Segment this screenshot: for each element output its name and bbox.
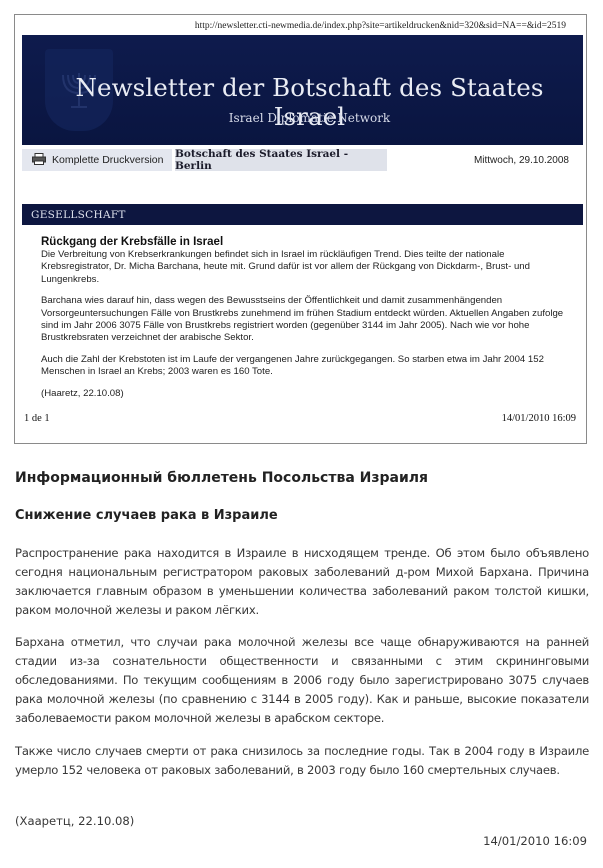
scanned-newsletter-printout: http://newsletter.cti-newmedia.de/index.… <box>14 14 587 444</box>
printed-url: http://newsletter.cti-newmedia.de/index.… <box>195 21 566 31</box>
german-headline: Rückgang der Krebsfälle in Israel <box>41 236 577 249</box>
translation-title: Информационный бюллетень Посольства Изра… <box>15 470 589 486</box>
german-paragraph: Die Verbreitung von Krebserkrankungen be… <box>41 249 577 286</box>
german-paragraph: Barchana wies darauf hin, dass wegen des… <box>41 295 577 345</box>
translation-source: (Хааретц, 22.10.08) <box>15 814 589 828</box>
print-version-label: Komplette Druckversion <box>52 154 163 166</box>
newsletter-date: Mittwoch, 29.10.2008 <box>387 155 583 166</box>
section-header: GESELLSCHAFT <box>22 204 583 225</box>
newsletter-navbar: Komplette Druckversion Botschaft des Sta… <box>22 149 583 171</box>
translation-paragraph: Также число случаев смерти от рака снизи… <box>15 742 589 780</box>
print-timestamp: 14/01/2010 16:09 <box>502 413 576 424</box>
newsletter-subtitle: Israel Diplomatic Network <box>22 111 583 125</box>
german-paragraph: Auch die Zahl der Krebstoten ist im Lauf… <box>41 354 577 379</box>
printer-icon <box>32 153 46 168</box>
print-version-link[interactable]: Komplette Druckversion <box>22 149 172 171</box>
translation-headline: Снижение случаев рака в Израиле <box>15 508 589 523</box>
embassy-label: Botschaft des Staates Israel - Berlin <box>175 149 387 171</box>
translation-paragraph: Распространение рака находится в Израиле… <box>15 544 589 620</box>
translation-timestamp: 14/01/2010 16:09 <box>483 834 587 848</box>
page-number: 1 de 1 <box>24 413 50 424</box>
newsletter-banner: Newsletter der Botschaft des Staates Isr… <box>22 35 583 145</box>
german-source: (Haaretz, 22.10.08) <box>41 388 577 399</box>
german-article: Rückgang der Krebsfälle in Israel Die Ve… <box>41 236 577 399</box>
translation-paragraph: Бархана отметил, что случаи рака молочно… <box>15 633 589 728</box>
